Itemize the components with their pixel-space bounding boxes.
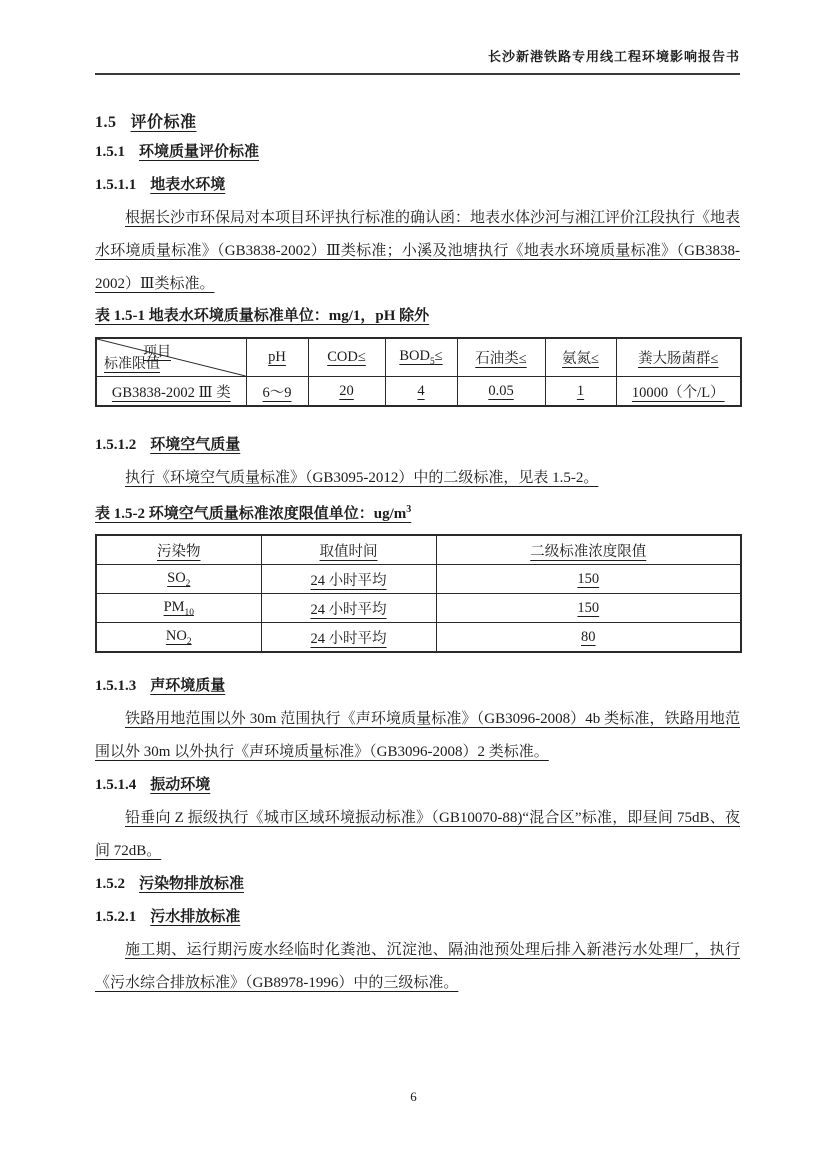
table-2-caption: 表 1.5-2 环境空气质量标准浓度限值单位：ug/m3	[95, 495, 740, 529]
time-cell: 24 小时平均	[261, 594, 436, 623]
table-2-header-row: 污染物 取值时间 二级标准浓度限值	[96, 535, 741, 565]
heading-number: 1.5.2.1	[95, 909, 136, 925]
pollutant-cell: NO2	[96, 623, 261, 653]
heading-number: 1.5.1.4	[95, 777, 136, 793]
heading-1-5-1: 1.5.1环境质量评价标准	[95, 136, 740, 169]
heading-title: 污染物排放标准	[139, 876, 244, 892]
table-1-header-cod: COD≤	[308, 338, 385, 377]
limit-cell: 80	[436, 623, 741, 653]
paragraph-wastewater: 施工期、运行期污废水经临时化粪池、沉淀池、隔油池预处理后排入新港污水处理厂，执行…	[95, 934, 740, 1000]
paragraph-noise: 铁路用地范围以外 30m 范围执行《声环境质量标准》（GB3096-2008）4…	[95, 703, 740, 769]
table-1-row-label: GB3838-2002 Ⅲ 类	[96, 377, 246, 407]
table-1-header-coliform: 粪大肠菌群≤	[616, 338, 741, 377]
heading-1-5-2-1: 1.5.2.1污水排放标准	[95, 901, 740, 934]
table-1-value-ammonia: 1	[545, 377, 616, 407]
heading-1-5-1-4: 1.5.1.4振动环境	[95, 769, 740, 802]
table-1-header-oil: 石油类≤	[457, 338, 545, 377]
table-1-data-row: GB3838-2002 Ⅲ 类 6～9 20 4 0.05 1 10000（个/…	[96, 377, 741, 407]
heading-title: 地表水环境	[150, 177, 225, 193]
limit-cell: 150	[436, 565, 741, 594]
table-1-header-row: 项目 标准限值 pH COD≤ BOD5≤ 石油类≤ 氨氮≤ 粪大肠菌群≤	[96, 338, 741, 377]
table-2-header-pollutant: 污染物	[96, 535, 261, 565]
limit-cell: 150	[436, 594, 741, 623]
heading-number: 1.5.1.1	[95, 177, 136, 193]
pollutant-cell: SO2	[96, 565, 261, 594]
table-1-value-oil: 0.05	[457, 377, 545, 407]
table-2-header-time: 取值时间	[261, 535, 436, 565]
running-header-title: 长沙新港铁路专用线工程环境影响报告书	[488, 49, 740, 64]
table-2-caption-text: 表 1.5-2 环境空气质量标准浓度限值单位：ug/m3	[95, 506, 411, 522]
heading-1-5-2: 1.5.2污染物排放标准	[95, 868, 740, 901]
table-1-header-bod: BOD5≤	[385, 338, 457, 377]
heading-number: 1.5.2	[95, 876, 125, 892]
heading-title: 污水排放标准	[150, 909, 240, 925]
page-footer: 6	[0, 1089, 827, 1105]
heading-number: 1.5.1.3	[95, 678, 136, 694]
page-content: 长沙新港铁路专用线工程环境影响报告书 1.5评价标准 1.5.1环境质量评价标准…	[0, 0, 827, 1000]
heading-1-5-1-2: 1.5.1.2环境空气质量	[95, 429, 740, 462]
table-1-header-ammonia: 氨氮≤	[545, 338, 616, 377]
table-surface-water-standards: 项目 标准限值 pH COD≤ BOD5≤ 石油类≤ 氨氮≤ 粪大肠菌群≤ GB…	[95, 337, 742, 407]
heading-number: 1.5	[95, 114, 117, 131]
pollutant-cell: PM10	[96, 594, 261, 623]
subscript: 10	[185, 607, 194, 617]
heading-number: 1.5.1.2	[95, 437, 136, 453]
paragraph-surface-water: 根据长沙市环保局对本项目环评执行标准的确认函：地表水体沙河与湘江评价江段执行《地…	[95, 202, 740, 301]
subscript: 2	[187, 636, 192, 646]
table-2-row-so2: SO2 24 小时平均 150	[96, 565, 741, 594]
paragraph-air-quality: 执行《环境空气质量标准》（GB3095-2012）中的二级标准，见表 1.5-2…	[95, 462, 740, 495]
table-1-value-ph: 6～9	[246, 377, 308, 407]
heading-title: 评价标准	[131, 114, 197, 131]
table-1-header-ph: pH	[246, 338, 308, 377]
heading-title: 振动环境	[150, 777, 210, 793]
time-cell: 24 小时平均	[261, 565, 436, 594]
subscript: 2	[186, 578, 191, 588]
document-page: 长沙新港铁路专用线工程环境影响报告书 1.5评价标准 1.5.1环境质量评价标准…	[0, 0, 827, 1169]
page-number: 6	[410, 1089, 417, 1104]
table-1-corner-cell: 项目 标准限值	[96, 338, 246, 377]
table-1-value-cod: 20	[308, 377, 385, 407]
table-1-caption-text: 表 1.5-1 地表水环境质量标准单位：mg/1，pH 除外	[95, 308, 429, 324]
time-cell: 24 小时平均	[261, 623, 436, 653]
corner-label-limit: 标准限值	[104, 353, 160, 373]
heading-1-5: 1.5评价标准	[95, 110, 740, 136]
heading-title: 环境质量评价标准	[139, 144, 259, 160]
heading-title: 声环境质量	[150, 678, 225, 694]
table-1-value-bod: 4	[385, 377, 457, 407]
paragraph-vibration: 铅垂向 Z 振级执行《城市区域环境振动标准》（GB10070-88)“混合区”标…	[95, 802, 740, 868]
running-header: 长沙新港铁路专用线工程环境影响报告书	[95, 50, 740, 75]
superscript: 3	[406, 504, 411, 515]
table-2-row-no2: NO2 24 小时平均 80	[96, 623, 741, 653]
table-1-value-coliform: 10000（个/L）	[616, 377, 741, 407]
table-2-row-pm10: PM10 24 小时平均 150	[96, 594, 741, 623]
table-2-header-limit: 二级标准浓度限值	[436, 535, 741, 565]
table-1-caption: 表 1.5-1 地表水环境质量标准单位：mg/1，pH 除外	[95, 301, 740, 331]
heading-number: 1.5.1	[95, 144, 125, 160]
heading-1-5-1-1: 1.5.1.1地表水环境	[95, 169, 740, 202]
heading-1-5-1-3: 1.5.1.3声环境质量	[95, 670, 740, 703]
table-air-quality-standards: 污染物 取值时间 二级标准浓度限值 SO2 24 小时平均 150 PM10 2…	[95, 534, 742, 653]
heading-title: 环境空气质量	[150, 437, 240, 453]
